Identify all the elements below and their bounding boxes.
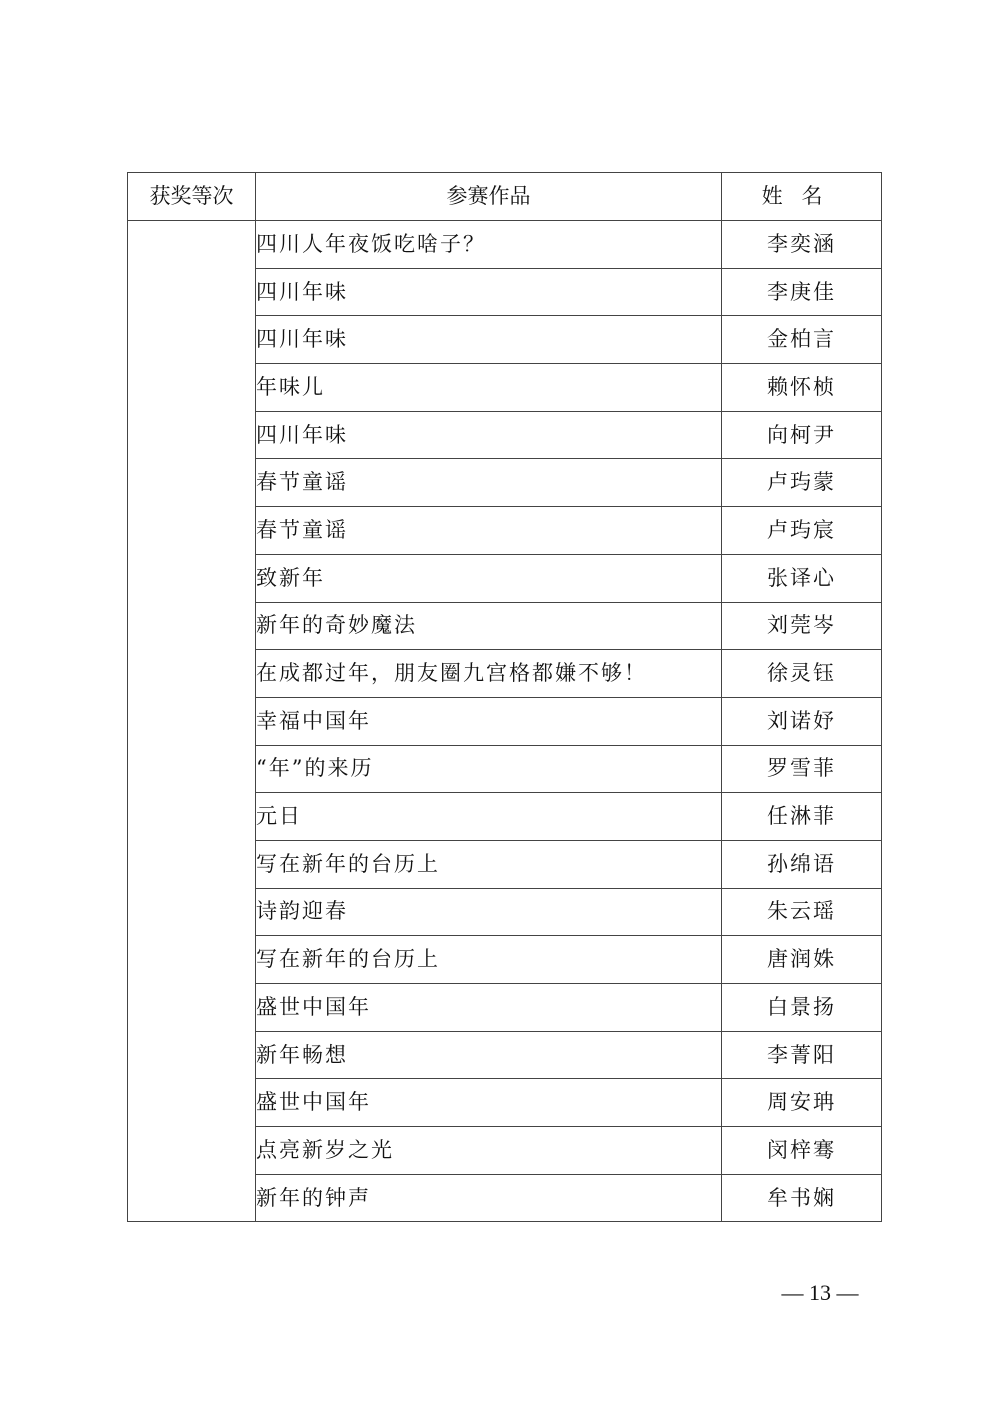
participant-name-cell: 向柯尹 [722, 411, 882, 459]
entry-work-cell: 四川年味 [256, 411, 722, 459]
entry-work-cell: “年”的来历 [256, 745, 722, 793]
entry-work-cell: 点亮新岁之光 [256, 1127, 722, 1175]
participant-name-cell: 李菁阳 [722, 1031, 882, 1079]
entry-work-cell: 新年的奇妙魔法 [256, 602, 722, 650]
entry-work-cell: 四川人年夜饭吃啥子？ [256, 221, 722, 269]
participant-name-cell: 闵梓骞 [722, 1127, 882, 1175]
participant-name-cell: 周安珃 [722, 1079, 882, 1127]
participant-name-cell: 罗雪菲 [722, 745, 882, 793]
entry-work-cell: 幸福中国年 [256, 697, 722, 745]
participant-name-cell: 卢玙宸 [722, 507, 882, 555]
entry-work-cell: 元日 [256, 793, 722, 841]
entry-work-cell: 诗韵迎春 [256, 888, 722, 936]
participant-name-cell: 李庚佳 [722, 268, 882, 316]
page-number: — 13 — [770, 1280, 870, 1306]
participant-name-cell: 刘莞岑 [722, 602, 882, 650]
participant-name-cell: 白景扬 [722, 984, 882, 1032]
participant-name-cell: 金柏言 [722, 316, 882, 364]
participant-name-cell: 张译心 [722, 554, 882, 602]
participant-name-cell: 朱云瑶 [722, 888, 882, 936]
entry-work-cell: 在成都过年，朋友圈九宫格都嫌不够！ [256, 650, 722, 698]
entry-work-cell: 新年的钟声 [256, 1174, 722, 1222]
entry-work-cell: 四川年味 [256, 316, 722, 364]
entry-work-cell: 盛世中国年 [256, 984, 722, 1032]
header-name: 姓名 [722, 173, 882, 221]
header-award-rank: 获奖等次 [128, 173, 256, 221]
entry-work-cell: 年味儿 [256, 364, 722, 412]
participant-name-cell: 唐润姝 [722, 936, 882, 984]
entry-work-cell: 春节童谣 [256, 507, 722, 555]
entry-work-cell: 写在新年的台历上 [256, 936, 722, 984]
entry-work-cell: 写在新年的台历上 [256, 840, 722, 888]
participant-name-cell: 赖怀桢 [722, 364, 882, 412]
participant-name-cell: 卢玙蒙 [722, 459, 882, 507]
entry-work-cell: 春节童谣 [256, 459, 722, 507]
entry-work-cell: 新年畅想 [256, 1031, 722, 1079]
participant-name-cell: 徐灵钰 [722, 650, 882, 698]
participant-name-cell: 牟书娴 [722, 1174, 882, 1222]
participant-name-cell: 孙绵语 [722, 840, 882, 888]
participant-name-cell: 刘诺妤 [722, 697, 882, 745]
entry-work-cell: 致新年 [256, 554, 722, 602]
participant-name-cell: 李奕涵 [722, 221, 882, 269]
table-header-row: 获奖等次 参赛作品 姓名 [128, 173, 882, 221]
entry-work-cell: 盛世中国年 [256, 1079, 722, 1127]
table-row: 四川人年夜饭吃啥子？李奕涵 [128, 221, 882, 269]
document-page: 获奖等次 参赛作品 姓名 四川人年夜饭吃啥子？李奕涵四川年味李庚佳四川年味金柏言… [0, 0, 1000, 1414]
header-entry-work: 参赛作品 [256, 173, 722, 221]
award-rank-cell [128, 221, 256, 1222]
awards-table: 获奖等次 参赛作品 姓名 四川人年夜饭吃啥子？李奕涵四川年味李庚佳四川年味金柏言… [127, 172, 882, 1222]
participant-name-cell: 任淋菲 [722, 793, 882, 841]
entry-work-cell: 四川年味 [256, 268, 722, 316]
